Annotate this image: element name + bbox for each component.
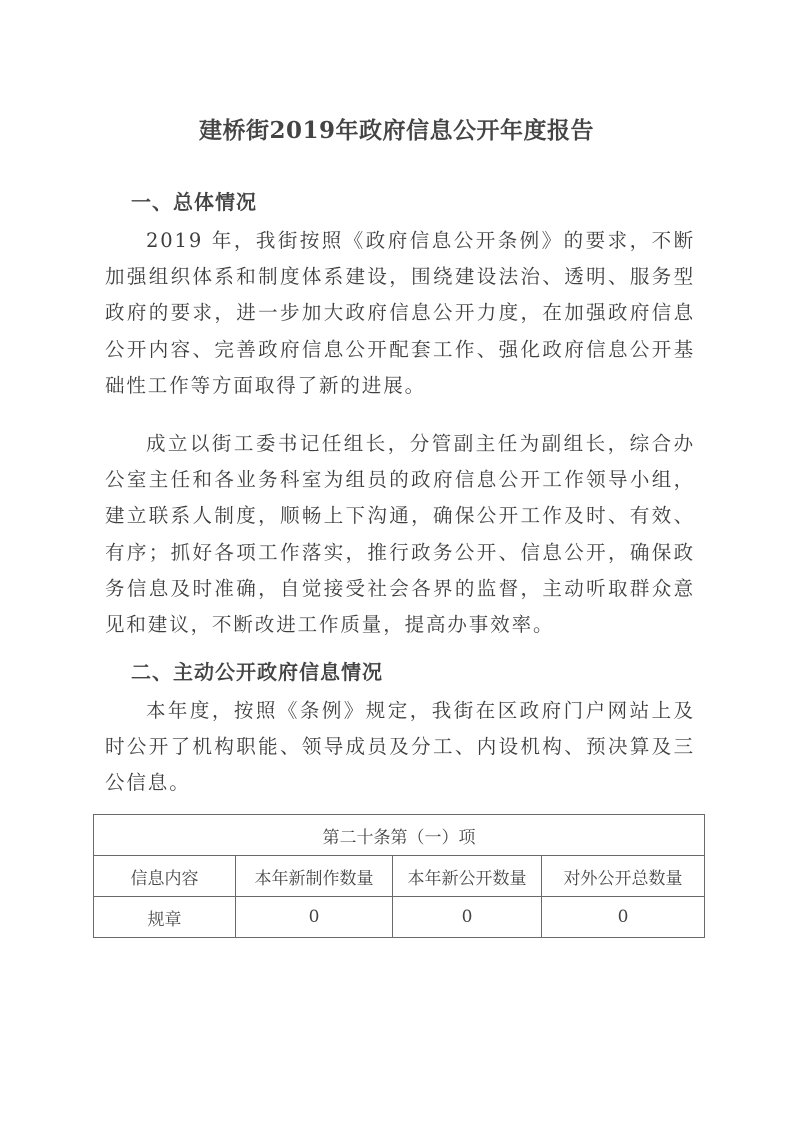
section-heading-proactive-disclosure: 二、主动公开政府信息情况 xyxy=(131,656,383,685)
section-heading-overview: 一、总体情况 xyxy=(131,186,257,215)
table-cell: 0 xyxy=(236,897,393,938)
table-header-cell: 信息内容 xyxy=(94,856,236,897)
table-cell: 规章 xyxy=(94,897,236,938)
paragraph-overview-2: 成立以街工委书记任组长，分管副主任为副组长，综合办公室主任和各业务科室为组员的政… xyxy=(105,426,695,643)
table-row: 规章 0 0 0 xyxy=(94,897,705,938)
table-cell: 0 xyxy=(393,897,542,938)
paragraph-overview-1: 2019 年，我街按照《政府信息公开条例》的要求，不断加强组织体系和制度体系建设… xyxy=(105,223,695,404)
table-cell: 0 xyxy=(542,897,705,938)
table-header-cell: 本年新制作数量 xyxy=(236,856,393,897)
table-caption: 第二十条第（一）项 xyxy=(94,815,705,856)
table-header-cell: 本年新公开数量 xyxy=(393,856,542,897)
document-title: 建桥街2019年政府信息公开年度报告 xyxy=(0,112,793,145)
paragraph-proactive-disclosure: 本年度，按照《条例》规定，我街在区政府门户网站上及时公开了机构职能、领导成员及分… xyxy=(105,693,695,802)
table-header-row: 信息内容 本年新制作数量 本年新公开数量 对外公开总数量 xyxy=(94,856,705,897)
table-header-cell: 对外公开总数量 xyxy=(542,856,705,897)
disclosure-table: 第二十条第（一）项 信息内容 本年新制作数量 本年新公开数量 对外公开总数量 规… xyxy=(93,814,705,938)
table-caption-row: 第二十条第（一）项 xyxy=(94,815,705,856)
